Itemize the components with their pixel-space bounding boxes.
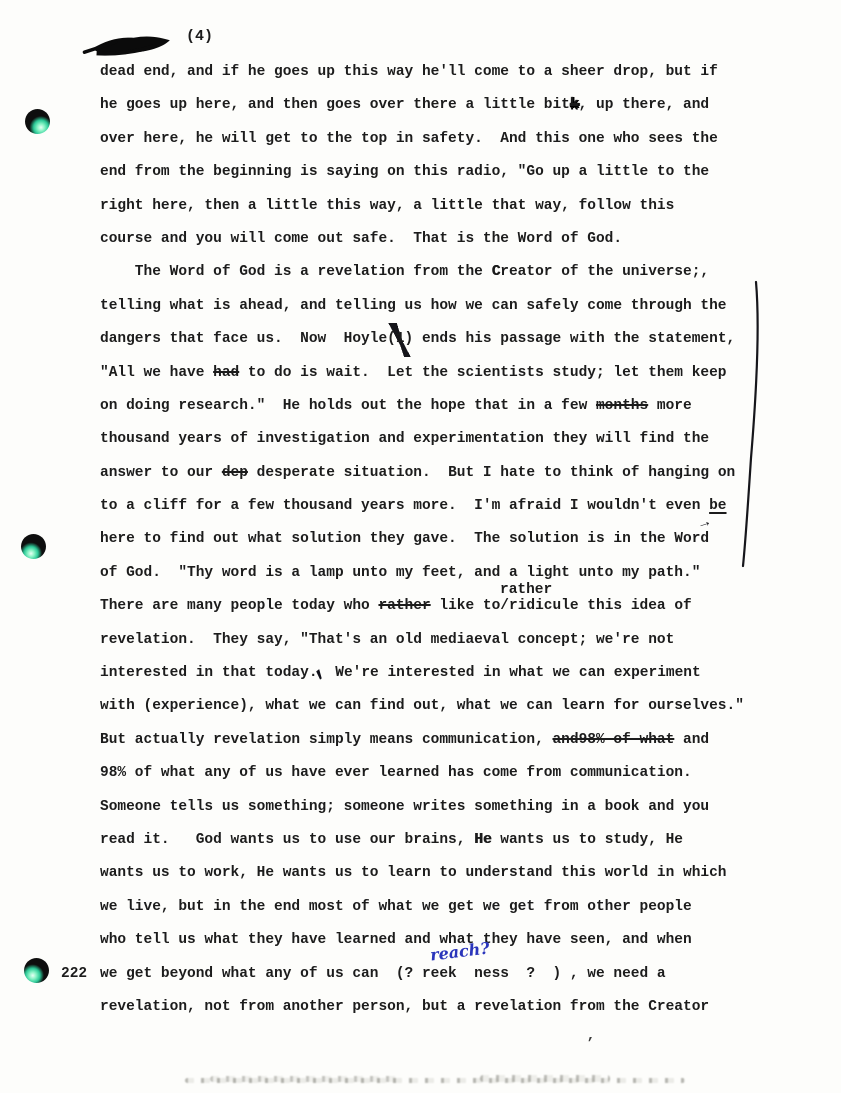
text-segment: who tell us what they have learned and w… [100,932,692,948]
typed-line: thousand years of investigation and expe… [100,423,780,456]
text-segment: answer to our [100,465,222,481]
text-segment: right here, then a little this way, a li… [100,198,674,214]
typed-line: with (experience), what we can find out,… [100,690,780,723]
manuscript-page: (4) dead end, and if he goes up this way… [0,0,841,1093]
typed-line: end from the beginning is saying on this… [100,156,780,189]
text-segment: he goes up here, and then goes over ther… [100,97,570,113]
margin-paragraph-number: 222 [61,958,87,991]
text-segment: wants us to study, He [492,832,683,848]
typed-line: 222we get beyond what any of us can (? r… [100,958,780,991]
underlined-text: be [709,498,726,514]
text-segment: revelation. They say, "That's an old med… [100,632,674,648]
text-segment: reator of the universe;, [500,264,709,280]
text-segment: to do is wait. Let the scientists study;… [239,365,726,381]
typed-line: There are many people today who rather l… [100,590,780,623]
bottom-smudge [480,1075,610,1082]
overtyped-text: C [492,264,501,280]
typed-line: 98% of what any of us have ever learned … [100,757,780,790]
text-segment: The Word of God is a revelation from the [100,264,492,280]
struck-out-text: rather [378,598,430,614]
punch-hole-bottom [24,958,49,983]
text-segment: and [674,732,709,748]
text-segment: we get beyond what any of us can (? reek… [100,966,666,982]
text-segment: dead end, and if he goes up this way he'… [100,64,718,80]
handwritten-note: reach? [428,931,491,971]
typed-line: But actually revelation simply means com… [100,724,780,757]
typed-line: "All we have had to do is wait. Let the … [100,357,780,390]
text-segment: on doing research." He holds out the hop… [100,398,596,414]
text-segment: like to [431,598,501,614]
typed-line: right here, then a little this way, a li… [100,190,780,223]
text-segment: telling what is ahead, and telling us ho… [100,298,727,314]
typed-line: Someone tells us something; someone writ… [100,791,780,824]
text-segment: we live, but in the end most of what we … [100,899,692,915]
punch-hole-top [25,109,50,134]
text-segment: course and you will come out safe. That … [100,231,622,247]
typed-line: interested in that today., We're interes… [100,657,780,690]
typed-line: on doing research." He holds out the hop… [100,390,780,423]
text-segment: dangers that face us. Now Hoyle [100,331,387,347]
typed-line: to a cliff for a few thousand years more… [100,490,780,523]
typed-line: revelation. They say, "That's an old med… [100,624,780,657]
typed-line: The Word of God is a revelation from the… [100,256,780,289]
text-segment: Someone tells us something; someone writ… [100,799,709,815]
text-segment: end from the beginning is saying on this… [100,164,709,180]
text-segment: over here, he will get to the top in saf… [100,131,718,147]
text-segment: more [648,398,692,414]
typed-line: course and you will come out safe. That … [100,223,780,256]
text-segment: There are many people today who [100,598,378,614]
struck-out-text: and98%-of-what [552,732,674,748]
text-segment: 98% of what any of us have ever learned … [100,765,692,781]
typed-line: dead end, and if he goes up this way he'… [100,56,780,89]
bottom-smudge [210,1076,400,1082]
margin-pen-line [732,278,766,575]
overtyped-text: He [474,832,491,848]
text-segment: interested in that today. [100,665,318,681]
typed-line: he goes up here, and then goes over ther… [100,89,780,122]
typed-line: wants us to work, He wants us to learn t… [100,857,780,890]
text-segment: We're interested in what we can experime… [327,665,701,681]
struck-out-text: dep [222,465,248,481]
typo-blot: k [570,97,579,113]
typed-line: read it. God wants us to use our brains,… [100,824,780,857]
stray-apostrophe-mark: ’ [586,1036,594,1052]
text-segment: "All we have [100,365,213,381]
pen-scratched-text: (1) [387,323,413,356]
inserted-word-above: rather [500,574,552,607]
typed-line: revelation, not from another person, but… [100,991,780,1024]
text-segment: read it. God wants us to use our brains, [100,832,474,848]
text-segment: ends his passage with the statement, [413,331,735,347]
typed-line: here to find out what solution they gave… [100,523,780,556]
text-segment: desperate situation. But I hate to think… [248,465,735,481]
text-segment: of God. "Thy word is a lamp unto my feet… [100,565,700,581]
struck-out-text: had [213,365,239,381]
struck-out-text: months [596,398,648,414]
page-number: (4) [186,28,213,45]
text-segment: , up there, and [579,97,710,113]
text-segment: revelation, not from another person, but… [100,999,709,1015]
punch-hole-middle [21,534,46,559]
text-segment: wants us to work, He wants us to learn t… [100,865,727,881]
typed-lines: dead end, and if he goes up this way he'… [100,56,780,1024]
typed-line: answer to our dep desperate situation. B… [100,457,780,490]
typed-line: over here, he will get to the top in saf… [100,123,780,156]
text-segment: with (experience), what we can find out,… [100,698,744,714]
text-segment: here to find out what solution they gave… [100,531,709,547]
redaction-scribble [81,30,178,59]
typed-line: telling what is ahead, and telling us ho… [100,290,780,323]
typed-line: we live, but in the end most of what we … [100,891,780,924]
text-segment: But actually revelation simply means com… [100,732,552,748]
typed-line: dangers that face us. Now Hoyle(1) ends … [100,323,780,356]
text-segment: to a cliff for a few thousand years more… [100,498,709,514]
text-segment: thousand years of investigation and expe… [100,431,709,447]
typed-line: of God. "Thy word is a lamp unto my feet… [100,557,780,590]
